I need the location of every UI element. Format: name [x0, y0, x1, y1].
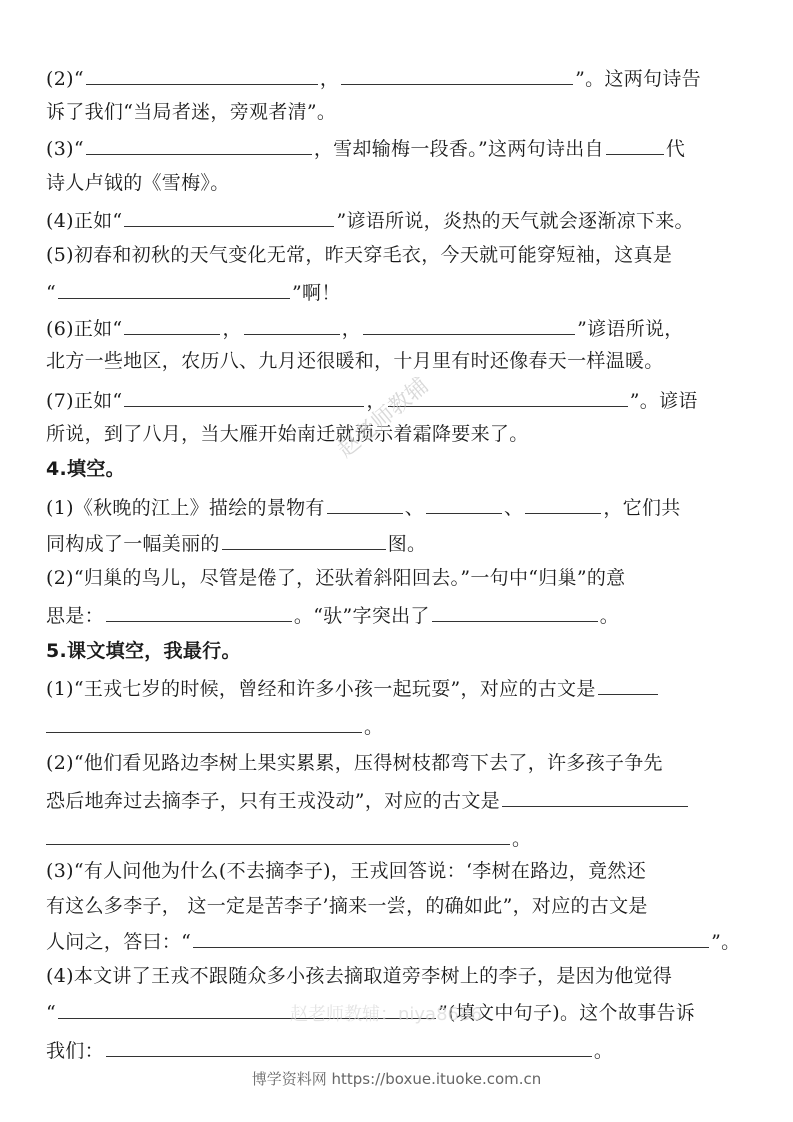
answer-blank[interactable] — [244, 312, 340, 335]
item-label: (6)正如“ — [46, 318, 122, 340]
answer-blank[interactable] — [46, 710, 362, 733]
answer-blank[interactable] — [502, 784, 688, 807]
answer-blank[interactable] — [193, 925, 709, 948]
answer-blank[interactable] — [432, 599, 598, 622]
item-text: ”啊！ — [292, 282, 341, 304]
q3-6-line1: (6)正如“，，”谚语所说， — [46, 312, 747, 342]
item-text: ”。这两句诗告 — [575, 68, 701, 90]
item-text: 代 — [666, 138, 685, 160]
item-text: 思是： — [46, 605, 104, 627]
answer-blank[interactable] — [598, 672, 658, 695]
q5-1-line1: (1)“王戎七岁的时候，曾经和许多小孩一起玩耍”，对应的古文是 — [46, 672, 747, 702]
punct: 、 — [405, 497, 424, 519]
q5-4-line1: (4)本文讲了王戎不跟随众多小孩去摘取道旁李树上的李子，是因为他觉得 — [46, 961, 747, 991]
item-text: (1)“王戎七岁的时候，曾经和许多小孩一起玩耍”，对应的古文是 — [46, 678, 596, 700]
item-label: (7)正如“ — [46, 390, 122, 412]
q3-2-line1: (2)“，”。这两句诗告 — [46, 62, 747, 92]
q3-5-line2: “”啊！ — [46, 276, 747, 306]
q5-4-line2: “”(填文中句子)。这个故事告诉 — [46, 996, 747, 1026]
item-label: (3)“ — [46, 138, 84, 160]
worksheet-page: (2)“，”。这两句诗告 诉了我们“当局者迷，旁观者清”。 (3)“，雪却输梅一… — [0, 0, 793, 1122]
item-text: ”谚语所说， — [577, 318, 684, 340]
punct: 。 — [594, 1040, 613, 1062]
answer-blank[interactable] — [58, 996, 436, 1019]
q3-7-line2: 所说，到了八月，当大雁开始南迁就预示着霜降要来了。 — [46, 419, 747, 449]
punct: ， — [342, 318, 361, 340]
punct: 、 — [504, 497, 523, 519]
page-footer: 博学资料网 https://boxue.ituoke.com.cn — [0, 1068, 793, 1089]
item-text: 同构成了一幅美丽的 — [46, 533, 220, 555]
item-text: ，它们共 — [603, 497, 680, 519]
answer-blank[interactable] — [363, 312, 575, 335]
q5-2-line3: 。 — [46, 822, 747, 852]
q5-3-line2: 有这么多李子， 这一定是苦李子’摘来一尝，的确如此”，对应的古文是 — [46, 891, 747, 921]
q3-5-line1: (5)初春和初秋的天气变化无常，昨天穿毛衣，今天就可能穿短袖，这真是 — [46, 240, 747, 270]
q3-3-line1: (3)“，雪却输梅一段香。”这两句诗出自代 — [46, 132, 747, 162]
item-text: 我们： — [46, 1040, 104, 1062]
item-label: (4)正如“ — [46, 210, 122, 232]
answer-blank[interactable] — [58, 276, 290, 299]
punct: ， — [320, 68, 339, 90]
q3-7-line1: (7)正如“，”。谚语 — [46, 384, 747, 414]
q5-4-line3: 我们：。 — [46, 1034, 747, 1064]
punct: 。 — [512, 828, 531, 850]
item-label: (2)“ — [46, 68, 84, 90]
section5-heading: 5.课文填空，我最行。 — [46, 636, 747, 666]
q4-2-line1: (2)“归巢的鸟儿，尽管是倦了，还驮着斜阳回去。”一句中“归巢”的意 — [46, 563, 747, 593]
answer-blank[interactable] — [606, 132, 664, 155]
answer-blank[interactable] — [124, 312, 220, 335]
punct: ， — [222, 318, 241, 340]
answer-blank[interactable] — [341, 62, 573, 85]
q3-3-line2: 诗人卢钺的《雪梅》。 — [46, 168, 747, 198]
answer-blank[interactable] — [388, 384, 628, 407]
q5-2-line2: 恐后地奔过去摘李子，只有王戎没动”，对应的古文是 — [46, 784, 747, 814]
item-text: ”谚语所说，炎热的天气就会逐渐凉下来。 — [336, 210, 693, 232]
item-text: “ — [46, 1002, 56, 1024]
punct: ”。 — [711, 931, 740, 953]
answer-blank[interactable] — [106, 599, 292, 622]
q3-6-line2: 北方一些地区，农历八、九月还很暖和，十月里有时还像春天一样温暖。 — [46, 346, 747, 376]
item-text: 恐后地奔过去摘李子，只有王戎没动”，对应的古文是 — [46, 790, 500, 812]
answer-blank[interactable] — [426, 491, 502, 514]
item-text: ，雪却输梅一段香。”这两句诗出自 — [314, 138, 604, 160]
q4-1-line2: 同构成了一幅美丽的图。 — [46, 527, 747, 557]
item-text: 图。 — [388, 533, 427, 555]
punct: 。 — [600, 605, 619, 627]
q5-3-line3: 人问之，答曰：“”。 — [46, 925, 747, 955]
item-text: 。“驮”字突出了 — [294, 605, 430, 627]
q5-1-line2: 。 — [46, 710, 747, 740]
item-text: (1)《秋晚的江上》描绘的景物有 — [46, 497, 325, 519]
punct: 。 — [364, 716, 383, 738]
item-text: ”。谚语 — [630, 390, 698, 412]
item-text: “ — [46, 282, 56, 304]
q4-1-line1: (1)《秋晚的江上》描绘的景物有、、，它们共 — [46, 491, 747, 521]
answer-blank[interactable] — [86, 132, 312, 155]
q3-2-line2: 诉了我们“当局者迷，旁观者清”。 — [46, 97, 747, 127]
punct: ， — [366, 390, 385, 412]
q3-4-line1: (4)正如“”谚语所说，炎热的天气就会逐渐凉下来。 — [46, 204, 747, 234]
answer-blank[interactable] — [86, 62, 318, 85]
item-text: 人问之，答曰：“ — [46, 931, 191, 953]
answer-blank[interactable] — [124, 204, 334, 227]
answer-blank[interactable] — [525, 491, 601, 514]
answer-blank[interactable] — [327, 491, 403, 514]
answer-blank[interactable] — [222, 527, 386, 550]
q5-3-line1: (3)“有人问他为什么(不去摘李子)，王戎回答说：‘李树在路边，竟然还 — [46, 856, 747, 886]
answer-blank[interactable] — [124, 384, 364, 407]
answer-blank[interactable] — [46, 822, 510, 845]
item-text: ”(填文中句子)。这个故事告诉 — [438, 1002, 695, 1024]
answer-blank[interactable] — [106, 1034, 592, 1057]
q5-2-line1: (2)“他们看见路边李树上果实累累，压得树枝都弯下去了，许多孩子争先 — [46, 748, 747, 778]
section4-heading: 4.填空。 — [46, 454, 747, 484]
q4-2-line2: 思是：。“驮”字突出了。 — [46, 599, 747, 629]
